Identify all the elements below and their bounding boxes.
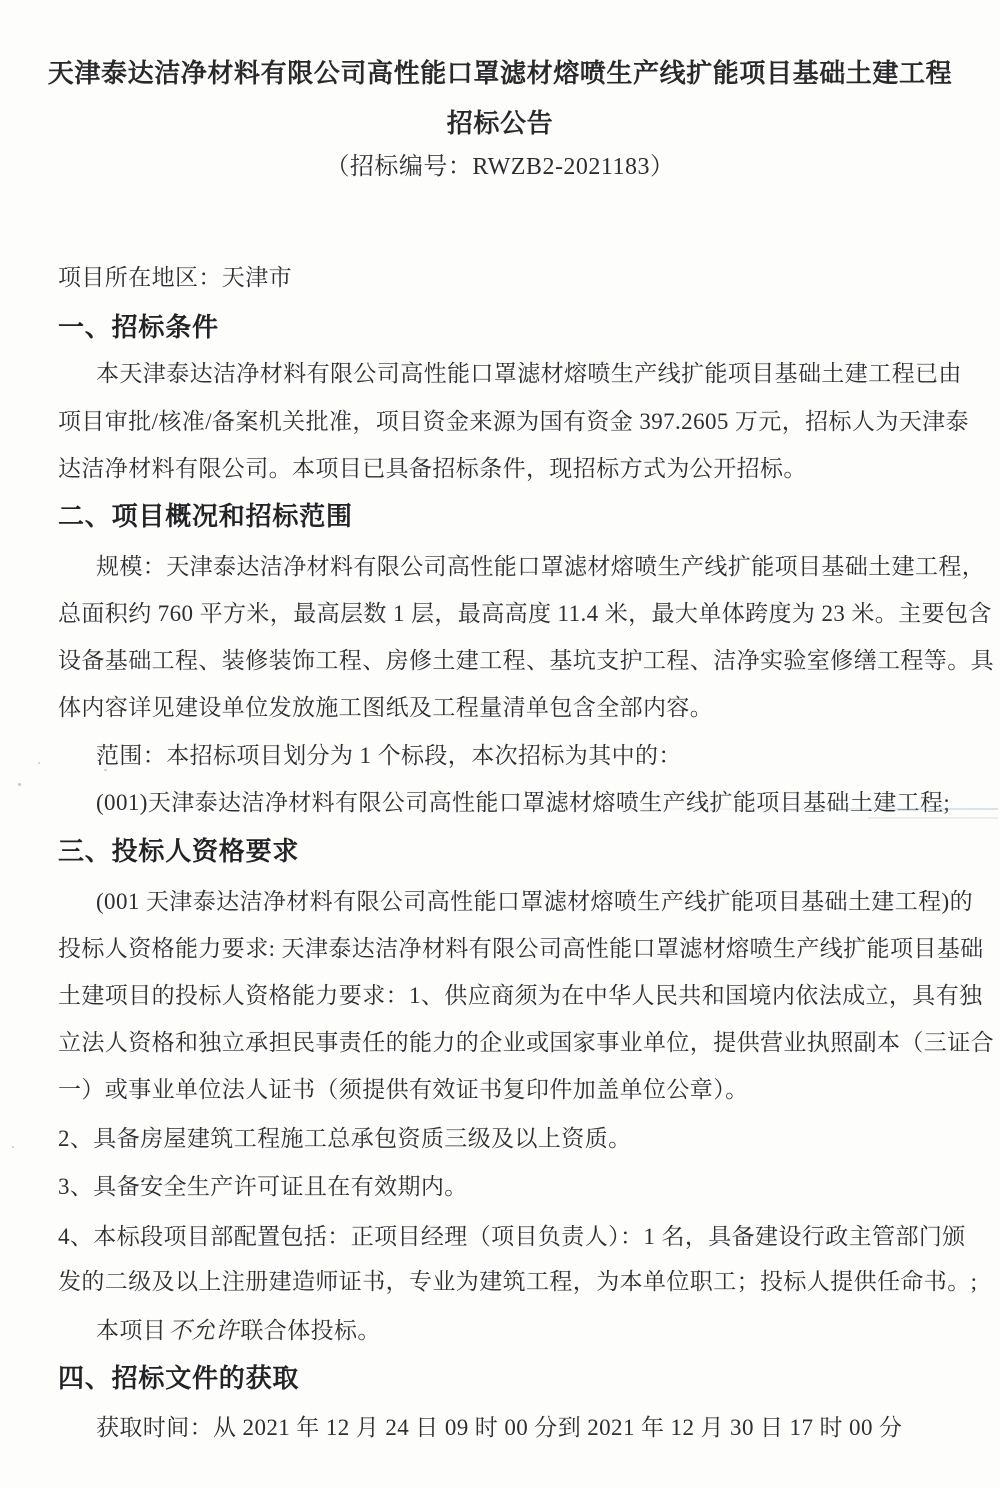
scan-speck (12, 1146, 14, 1148)
project-location-line: 项目所在地区：天津市 (58, 264, 292, 293)
section2-scale-line: 总面积约 760 平方米，最高层数 1 层，最高高度 11.4 米，最大单体跨度… (58, 600, 992, 629)
section1-paragraph-line: 本天津泰达洁净材料有限公司高性能口罩滤材熔喷生产线扩能项目基础土建工程已由 (96, 360, 962, 389)
section4-obtain-time-line: 获取时间：从 2021 年 12 月 24 日 09 时 00 分到 2021 … (96, 1414, 902, 1443)
section2-scale-line: 体内容详见建设单位发放施工图纸及工程量清单包含全部内容。 (58, 694, 713, 723)
section1-heading: 一、招标条件 (58, 312, 219, 345)
section3-item-3: 3、具备安全生产许可证且在有效期内。 (58, 1173, 468, 1202)
doc-title-line-1: 天津泰达洁净材料有限公司高性能口罩滤材熔喷生产线扩能项目基础土建工程 (0, 58, 1000, 91)
scanned-tender-announcement-page: 天津泰达洁净材料有限公司高性能口罩滤材熔喷生产线扩能项目基础土建工程 招标公告 … (0, 0, 1000, 1488)
scan-speck (18, 783, 21, 786)
section3-requirement-line: 一）或事业单位法人证书（须提供有效证书复印件加盖单位公章）。 (58, 1076, 749, 1105)
section3-requirement-line: 投标人资格能力要求: 天津泰达洁净材料有限公司高性能口罩滤材熔喷生产线扩能项目基… (58, 935, 984, 964)
section1-paragraph-line: 达洁净材料有限公司。本项目已具备招标条件，现招标方式为公开招标。 (58, 455, 807, 484)
section2-heading: 二、项目概况和招标范围 (58, 501, 353, 534)
section3-joint-bid-line: 本项目不允许联合体投标。 (96, 1317, 381, 1346)
scan-speck (104, 769, 107, 771)
section3-item-4-line: 4、本标段项目部配置包括：正项目经理（项目负责人）：1 名，具备建设行政主管部门… (58, 1223, 966, 1252)
section3-requirement-line: 立法人资格和独立承担民事责任的能力的企业或国家事业单位，提供营业执照副本（三证合 (58, 1029, 994, 1058)
section3-requirement-line: 土建项目的投标人资格能力要求：1、供应商须为在中华人民共和国境内依法成立，具有独 (58, 982, 983, 1011)
joint-bid-suffix: 联合体投标。 (240, 1318, 380, 1343)
joint-bid-prefix: 本项目 (96, 1318, 166, 1343)
section3-requirement-line: (001 天津泰达洁净材料有限公司高性能口罩滤材熔喷生产线扩能项目基础土建工程)… (96, 888, 973, 917)
section3-item-2: 2、具备房屋建筑工程施工总承包资质三级及以上资质。 (58, 1125, 632, 1154)
section2-scale-line: 规模：天津泰达洁净材料有限公司高性能口罩滤材熔喷生产线扩能项目基础土建工程， (96, 553, 985, 582)
section2-scale-line: 设备基础工程、装修装饰工程、房修土建工程、基坑支护工程、洁净实验室修缮工程等。具 (58, 647, 994, 676)
section2-lot-line: (001)天津泰达洁净材料有限公司高性能口罩滤材熔喷生产线扩能项目基础土建工程; (96, 789, 950, 818)
section3-item-4-line: 发的二级及以上注册建造师证书，专业为建筑工程，为本单位职工；投标人提供任命书。; (58, 1268, 977, 1297)
scan-speck (38, 762, 40, 764)
doc-title-line-2: 招标公告 (0, 108, 1000, 141)
scan-line-artifact (868, 817, 998, 819)
section1-paragraph-line: 项目审批/核准/备案机关批准，项目资金来源为国有资金 397.2605 万元，招… (58, 408, 969, 437)
section4-heading: 四、招标文件的获取 (58, 1363, 299, 1396)
section2-scope-line: 范围：本招标项目划分为 1 个标段，本次招标为其中的： (96, 742, 682, 771)
doc-tender-number: （招标编号：RWZB2-2021183） (0, 152, 1000, 182)
joint-bid-not-allowed: 不允许 (168, 1318, 238, 1343)
section3-heading: 三、投标人资格要求 (58, 836, 299, 869)
scan-line-artifact (600, 808, 998, 810)
scan-speck (221, 803, 224, 806)
